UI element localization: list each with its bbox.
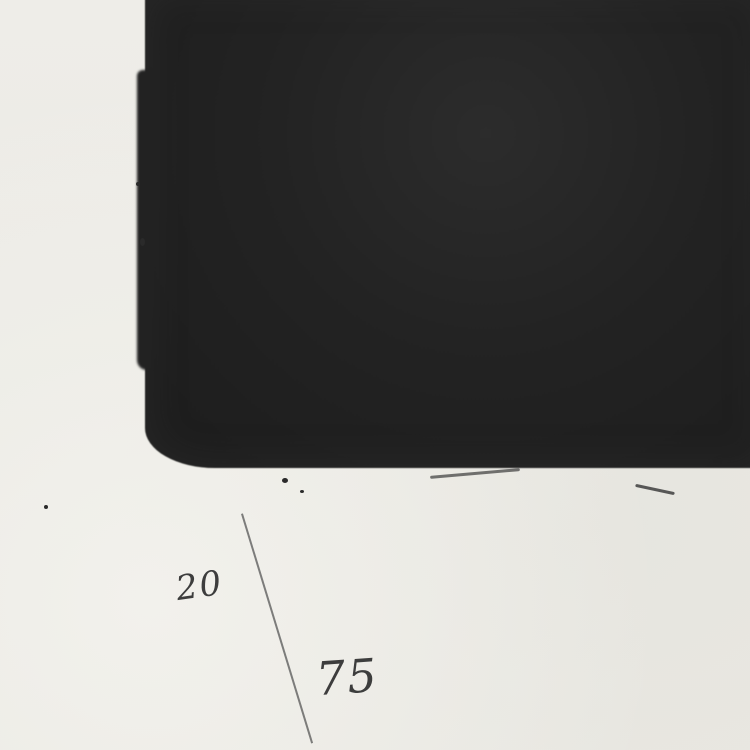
ink-speck xyxy=(282,478,288,483)
black-ink-field xyxy=(145,0,750,468)
ink-speck xyxy=(140,238,145,246)
ink-speck xyxy=(136,182,140,186)
pencil-annotation-upper: 20 xyxy=(173,563,225,609)
pencil-annotation-lower: 75 xyxy=(314,648,380,706)
ink-speck xyxy=(44,505,48,509)
ink-speck xyxy=(300,490,304,493)
